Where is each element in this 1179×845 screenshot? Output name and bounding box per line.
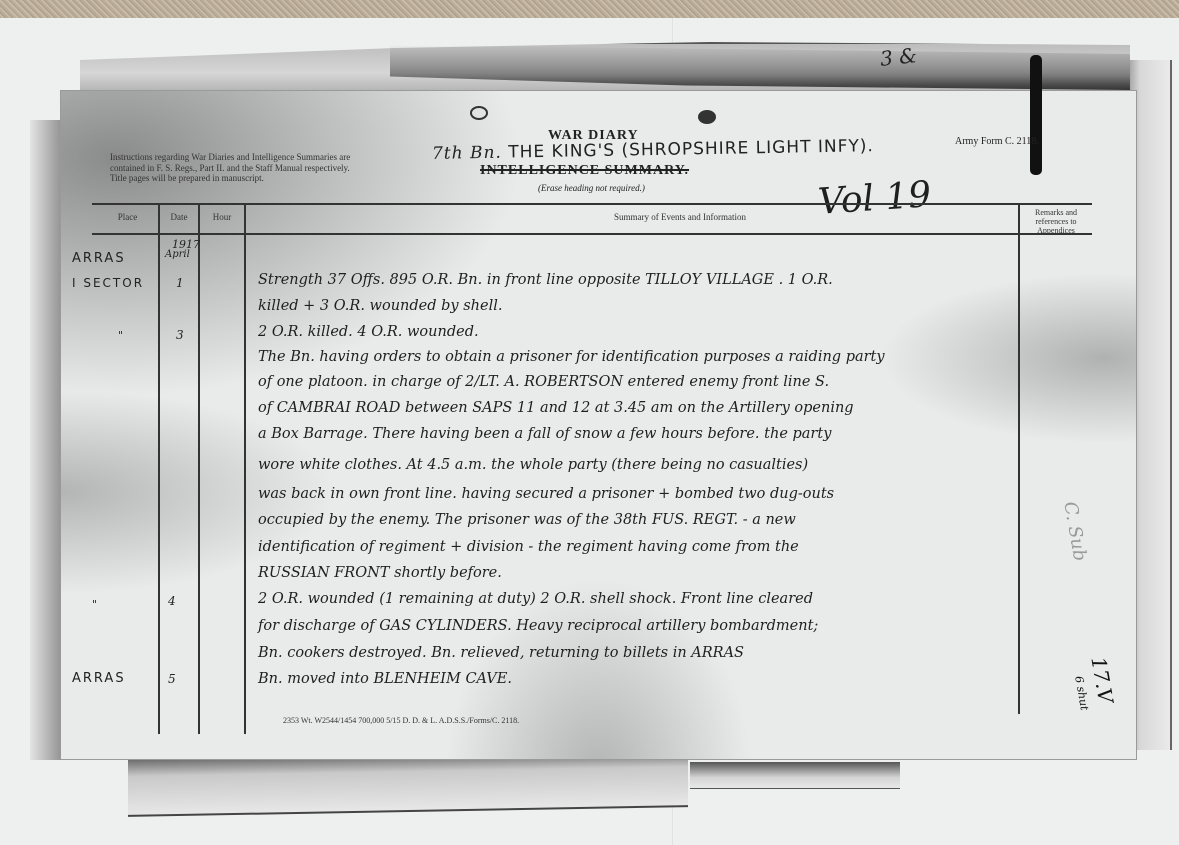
header-rule-bottom (92, 233, 1092, 235)
month: April (165, 249, 190, 260)
summary-line: RUSSIAN FRONT shortly before. (258, 565, 502, 581)
entry-place-sector: I SECTOR (72, 276, 144, 290)
entry-date: 4 (168, 594, 176, 608)
summary-line: killed + 3 O.R. wounded by shell. (258, 298, 502, 314)
summary-line: a Box Barrage. There having been a fall … (258, 426, 831, 442)
entry-place-ditto: " (92, 598, 97, 611)
form-instructions: Instructions regarding War Diaries and I… (110, 152, 360, 184)
column-divider-place (158, 204, 160, 734)
header-rule-top (92, 203, 1092, 205)
top-scribble: 3 & (879, 43, 918, 71)
binder-strap (1030, 55, 1042, 175)
entry-place: ARRAS (72, 671, 126, 686)
summary-line: wore white clothes. At 4.5 a.m. the whol… (258, 457, 808, 473)
erase-note: (Erase heading not required.) (538, 183, 645, 193)
column-header-summary: Summary of Events and Information (480, 212, 880, 222)
column-header-date: Date (160, 212, 198, 222)
column-header-hour: Hour (200, 212, 244, 222)
paper-stack-bottom-edge-2 (690, 762, 900, 789)
punch-hole-icon (698, 110, 716, 124)
summary-line: Bn. moved into BLENHEIM CAVE. (258, 671, 512, 687)
column-divider-date (198, 204, 200, 734)
entry-date: 5 (168, 672, 176, 686)
column-header-remarks: Remarks and references to Appendices (1020, 208, 1092, 235)
summary-line: was back in own front line. having secur… (258, 486, 834, 502)
summary-line: Bn. cookers destroyed. Bn. relieved, ret… (258, 645, 744, 661)
summary-line: identification of regiment + division - … (258, 539, 799, 555)
summary-line: of one platoon. in charge of 2/LT. A. RO… (258, 374, 829, 390)
entry-place: ARRAS (72, 251, 126, 266)
entry-place-ditto: " (118, 329, 123, 342)
summary-line: 2 O.R. wounded (1 remaining at duty) 2 O… (258, 591, 813, 607)
summary-line: 2 O.R. killed. 4 O.R. wounded. (258, 324, 479, 340)
paper-stack-bottom-edge (128, 750, 688, 817)
army-form-number: Army Form C. 2118. (955, 136, 1039, 147)
summary-line: Strength 37 Offs. 895 O.R. Bn. in front … (258, 272, 833, 288)
entry-date: 1 (176, 276, 184, 290)
unit-prefix: 7th Bn. (432, 143, 502, 164)
entry-date: 3 (176, 328, 184, 342)
column-divider-hour (244, 204, 246, 734)
punch-hole-icon (470, 106, 488, 120)
summary-line: The Bn. having orders to obtain a prison… (258, 349, 885, 365)
column-header-place: Place (100, 212, 155, 222)
summary-line: for discharge of GAS CYLINDERS. Heavy re… (258, 618, 818, 634)
summary-line: of CAMBRAI ROAD between SAPS 11 and 12 a… (258, 400, 854, 416)
summary-line: occupied by the enemy. The prisoner was … (258, 512, 796, 528)
printer-imprint: 2353 Wt. W2544/1454 700,000 5/15 D. D. &… (283, 716, 519, 725)
column-divider-remarks (1018, 204, 1020, 714)
struck-title: INTELLIGENCE SUMMARY. (480, 163, 689, 179)
